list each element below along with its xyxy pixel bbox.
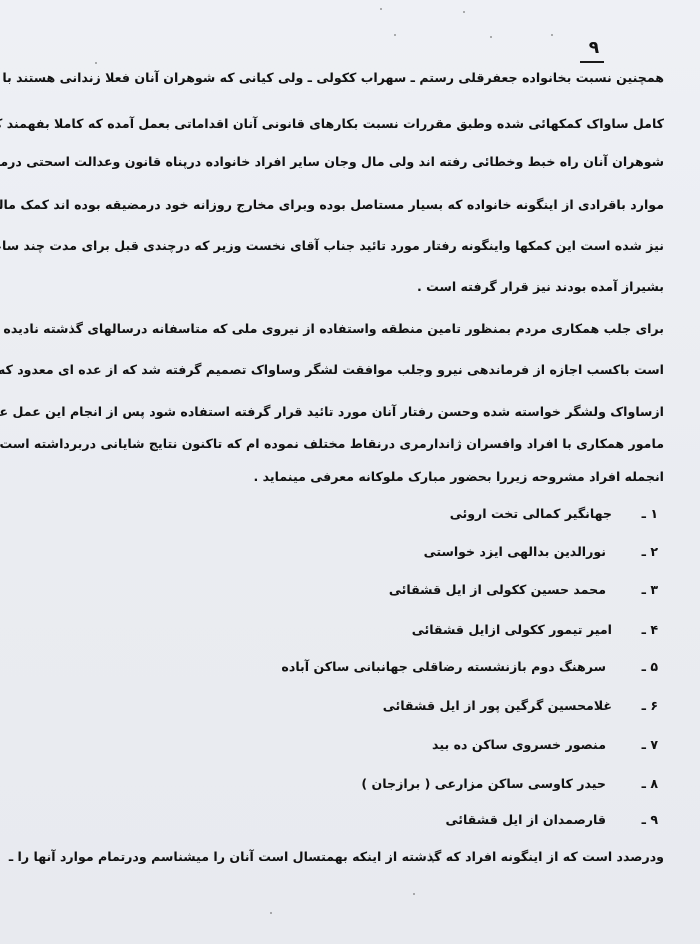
paragraph-line: مامور همکاری با افراد وافسران ژاندارمری … <box>32 435 664 453</box>
list-text: قارصمدان از ایل قشقائی <box>445 811 606 829</box>
list-number: ۱ ـ <box>620 505 658 523</box>
paragraph-line: نیز شده است این کمکها واینگونه رفتار مور… <box>32 237 664 255</box>
list-number: ۵ ـ <box>620 658 658 676</box>
speck <box>394 34 396 36</box>
paragraph-line: موارد باقرادی از اینگونه خانواده که بسیا… <box>32 196 664 214</box>
list-number: ۴ ـ <box>620 621 658 639</box>
list-number: ۸ ـ <box>620 775 658 793</box>
paragraph-line: همچنین نسبت بخانواده جعفرقلی رستم ـ سهرا… <box>32 69 664 87</box>
paragraph-line: انجمله افراد مشروحه زیررا بحضور مبارک مل… <box>32 468 664 486</box>
speck <box>380 8 382 10</box>
list-item: ۲ ـ نورالدین بدالهی ایزد خواستی <box>424 543 658 561</box>
speck <box>270 912 272 914</box>
list-number: ۷ ـ <box>620 736 658 754</box>
paragraph-line: شوهران آنان راه خبط وخطائی رفته اند ولی … <box>32 153 664 171</box>
list-text: غلامحسین گرگین پور از ایل قشقائی <box>383 697 612 715</box>
speck <box>551 34 553 36</box>
page-number: ۹ <box>581 38 607 58</box>
list-item: ۴ ـ امیر تیمور ککولی ازایل قشقائی <box>412 621 658 639</box>
list-text: نورالدین بدالهی ایزد خواستی <box>424 543 606 561</box>
list-number: ۳ ـ <box>620 581 658 599</box>
list-item: ۵ ـ سرهنگ دوم بازنشسته رضاقلی جهانبانی س… <box>281 658 658 676</box>
list-text: حیدر کاوسی ساکن مزارعی ( برازجان ) <box>361 775 606 793</box>
list-item: ۷ ـ منصور خسروی ساکن ده بید <box>432 736 658 754</box>
paragraph-line: برای جلب همکاری مردم بمنظور تامین منطقه … <box>32 320 664 338</box>
paragraph-line: کامل ساواک کمکهائی شده وطبق مقررات نسبت … <box>32 115 664 133</box>
list-number: ۶ ـ <box>620 697 658 715</box>
speck <box>490 36 492 38</box>
list-item: ۱ ـ جهانگیر کمالی تخت اروئی <box>450 505 658 523</box>
list-text: جهانگیر کمالی تخت اروئی <box>450 505 612 523</box>
list-number: ۲ ـ <box>620 543 658 561</box>
list-item: ۶ ـ غلامحسین گرگین پور از ایل قشقائی <box>383 697 658 715</box>
paragraph-line: بشیراز آمده بودند نیز قرار گرفته است . <box>32 278 664 296</box>
list-text: امیر تیمور ککولی ازایل قشقائی <box>412 621 612 639</box>
paragraph-line: ازساواک ولشگر خواسته شده وحسن رفتار آنان… <box>32 403 664 421</box>
speck <box>95 62 97 64</box>
closing-line: ودرصدد است که از اینگونه افراد که گذشته … <box>32 848 664 866</box>
list-text: محمد حسین ککولی از ایل قشقائی <box>389 581 606 599</box>
list-item: ۹ ـ قارصمدان از ایل قشقائی <box>445 811 658 829</box>
list-number: ۹ ـ <box>620 811 658 829</box>
list-text: منصور خسروی ساکن ده بید <box>432 736 606 754</box>
paragraph-line: است باکسب اجازه از فرماندهی نیرو وجلب مو… <box>32 361 664 379</box>
scanned-document-page: ۹ همچنین نسبت بخانواده جعفرقلی رستم ـ سه… <box>0 0 700 944</box>
page-number-underline <box>580 61 604 63</box>
speck <box>413 893 415 895</box>
list-text: سرهنگ دوم بازنشسته رضاقلی جهانبانی ساکن … <box>281 658 606 676</box>
speck <box>463 11 465 13</box>
list-item: ۸ ـ حیدر کاوسی ساکن مزارعی ( برازجان ) <box>361 775 658 793</box>
list-item: ۳ ـ محمد حسین ککولی از ایل قشقائی <box>389 581 658 599</box>
